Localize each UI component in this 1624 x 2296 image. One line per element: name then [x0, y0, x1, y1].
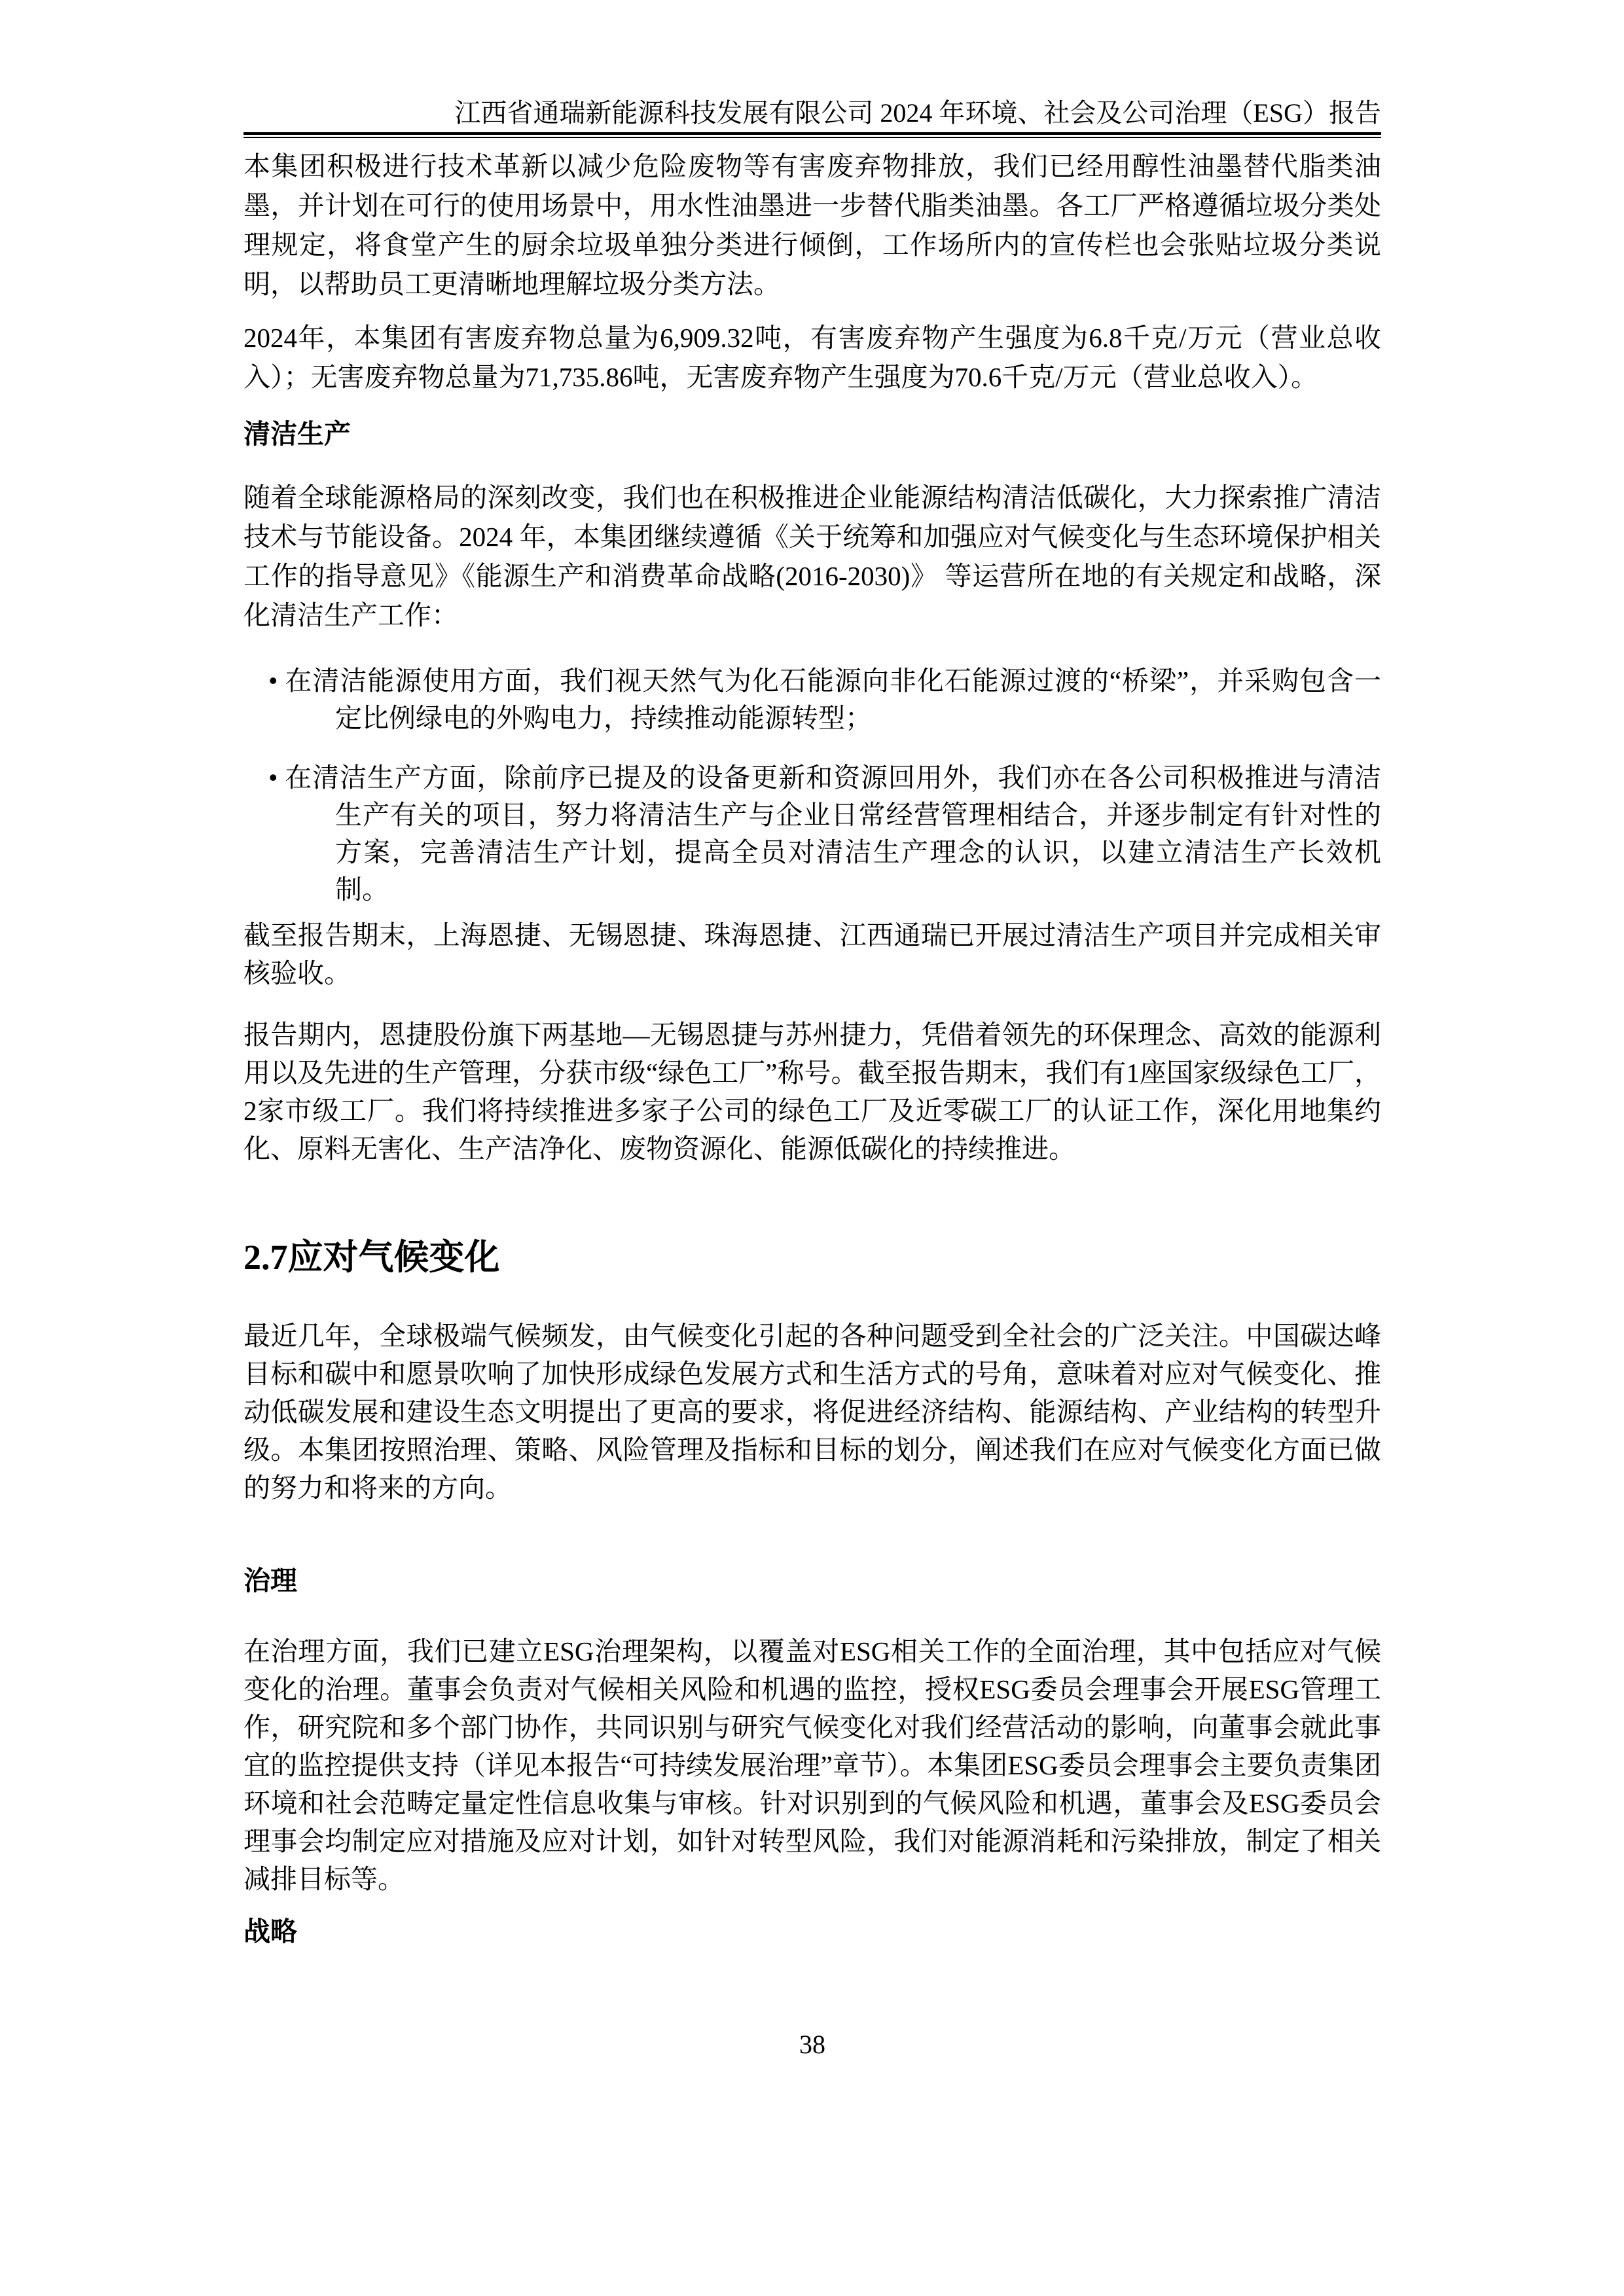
bullet-list-continued: •在清洁生产方面，除前序已提及的设备更新和资源回用外，我们亦在各公司积极推进与清… [244, 759, 1381, 908]
bullet-item-text: 在清洁能源使用方面，我们视天然气为化石能源向非化石能源过渡的“桥梁”，并采购包含… [284, 666, 1381, 733]
section-heading-strategy: 战略 [244, 1915, 1381, 1948]
paragraph-audit: 截至报告期末，上海恩捷、无锡恩捷、珠海恩捷、江西通瑞已开展过清洁生产项目并完成相… [244, 916, 1381, 992]
section-heading-governance: 治理 [244, 1564, 1381, 1597]
paragraph-climate-intro: 最近几年，全球极端气候频发，由气候变化引起的各种问题受到全社会的广泛关注。中国碳… [244, 1317, 1381, 1507]
bullet-item-clean-production: •在清洁生产方面，除前序已提及的设备更新和资源回用外，我们亦在各公司积极推进与清… [244, 759, 1381, 908]
bullet-list: •在清洁能源使用方面，我们视天然气为化石能源向非化石能源过渡的“桥梁”，并采购包… [244, 662, 1381, 737]
paragraph-waste-innovation: 本集团积极进行技术革新以减少危险废物等有害废弃物排放，我们已经用醇性油墨替代脂类… [244, 147, 1381, 304]
section-heading-clean-production: 清洁生产 [244, 418, 1381, 450]
paragraph-clean-intro: 随着全球能源格局的深刻改变，我们也在积极推进企业能源结构清洁低碳化，大力探索推广… [244, 478, 1381, 635]
bullet-item-clean-energy: •在清洁能源使用方面，我们视天然气为化石能源向非化石能源过渡的“桥梁”，并采购包… [244, 662, 1381, 737]
section-heading-climate-change: 2.7应对气候变化 [244, 1234, 1381, 1280]
paragraph-waste-stats: 2024年，本集团有害废弃物总量为6,909.32吨，有害废弃物产生强度为6.8… [244, 318, 1381, 397]
bullet-icon: • [268, 666, 278, 696]
bullet-icon: • [268, 762, 278, 793]
paragraph-governance: 在治理方面，我们已建立ESG治理架构，以覆盖对ESG相关工作的全面治理，其中包括… [244, 1632, 1381, 1898]
paragraph-green-factory: 报告期内，恩捷股份旗下两基地—无锡恩捷与苏州捷力，凭借着领先的环保理念、高效的能… [244, 1016, 1381, 1168]
report-header-title: 江西省通瑞新能源科技发展有限公司 2024 年环境、社会及公司治理（ESG）报告 [244, 97, 1381, 130]
header-rule [244, 132, 1381, 138]
document-page: 江西省通瑞新能源科技发展有限公司 2024 年环境、社会及公司治理（ESG）报告… [0, 0, 1624, 2296]
bullet-item-text: 在清洁生产方面，除前序已提及的设备更新和资源回用外，我们亦在各公司积极推进与清洁… [284, 762, 1381, 905]
page-number: 38 [244, 2029, 1381, 2060]
header-rule-thick-line [244, 132, 1381, 135]
header-rule-thin-line [244, 137, 1381, 138]
